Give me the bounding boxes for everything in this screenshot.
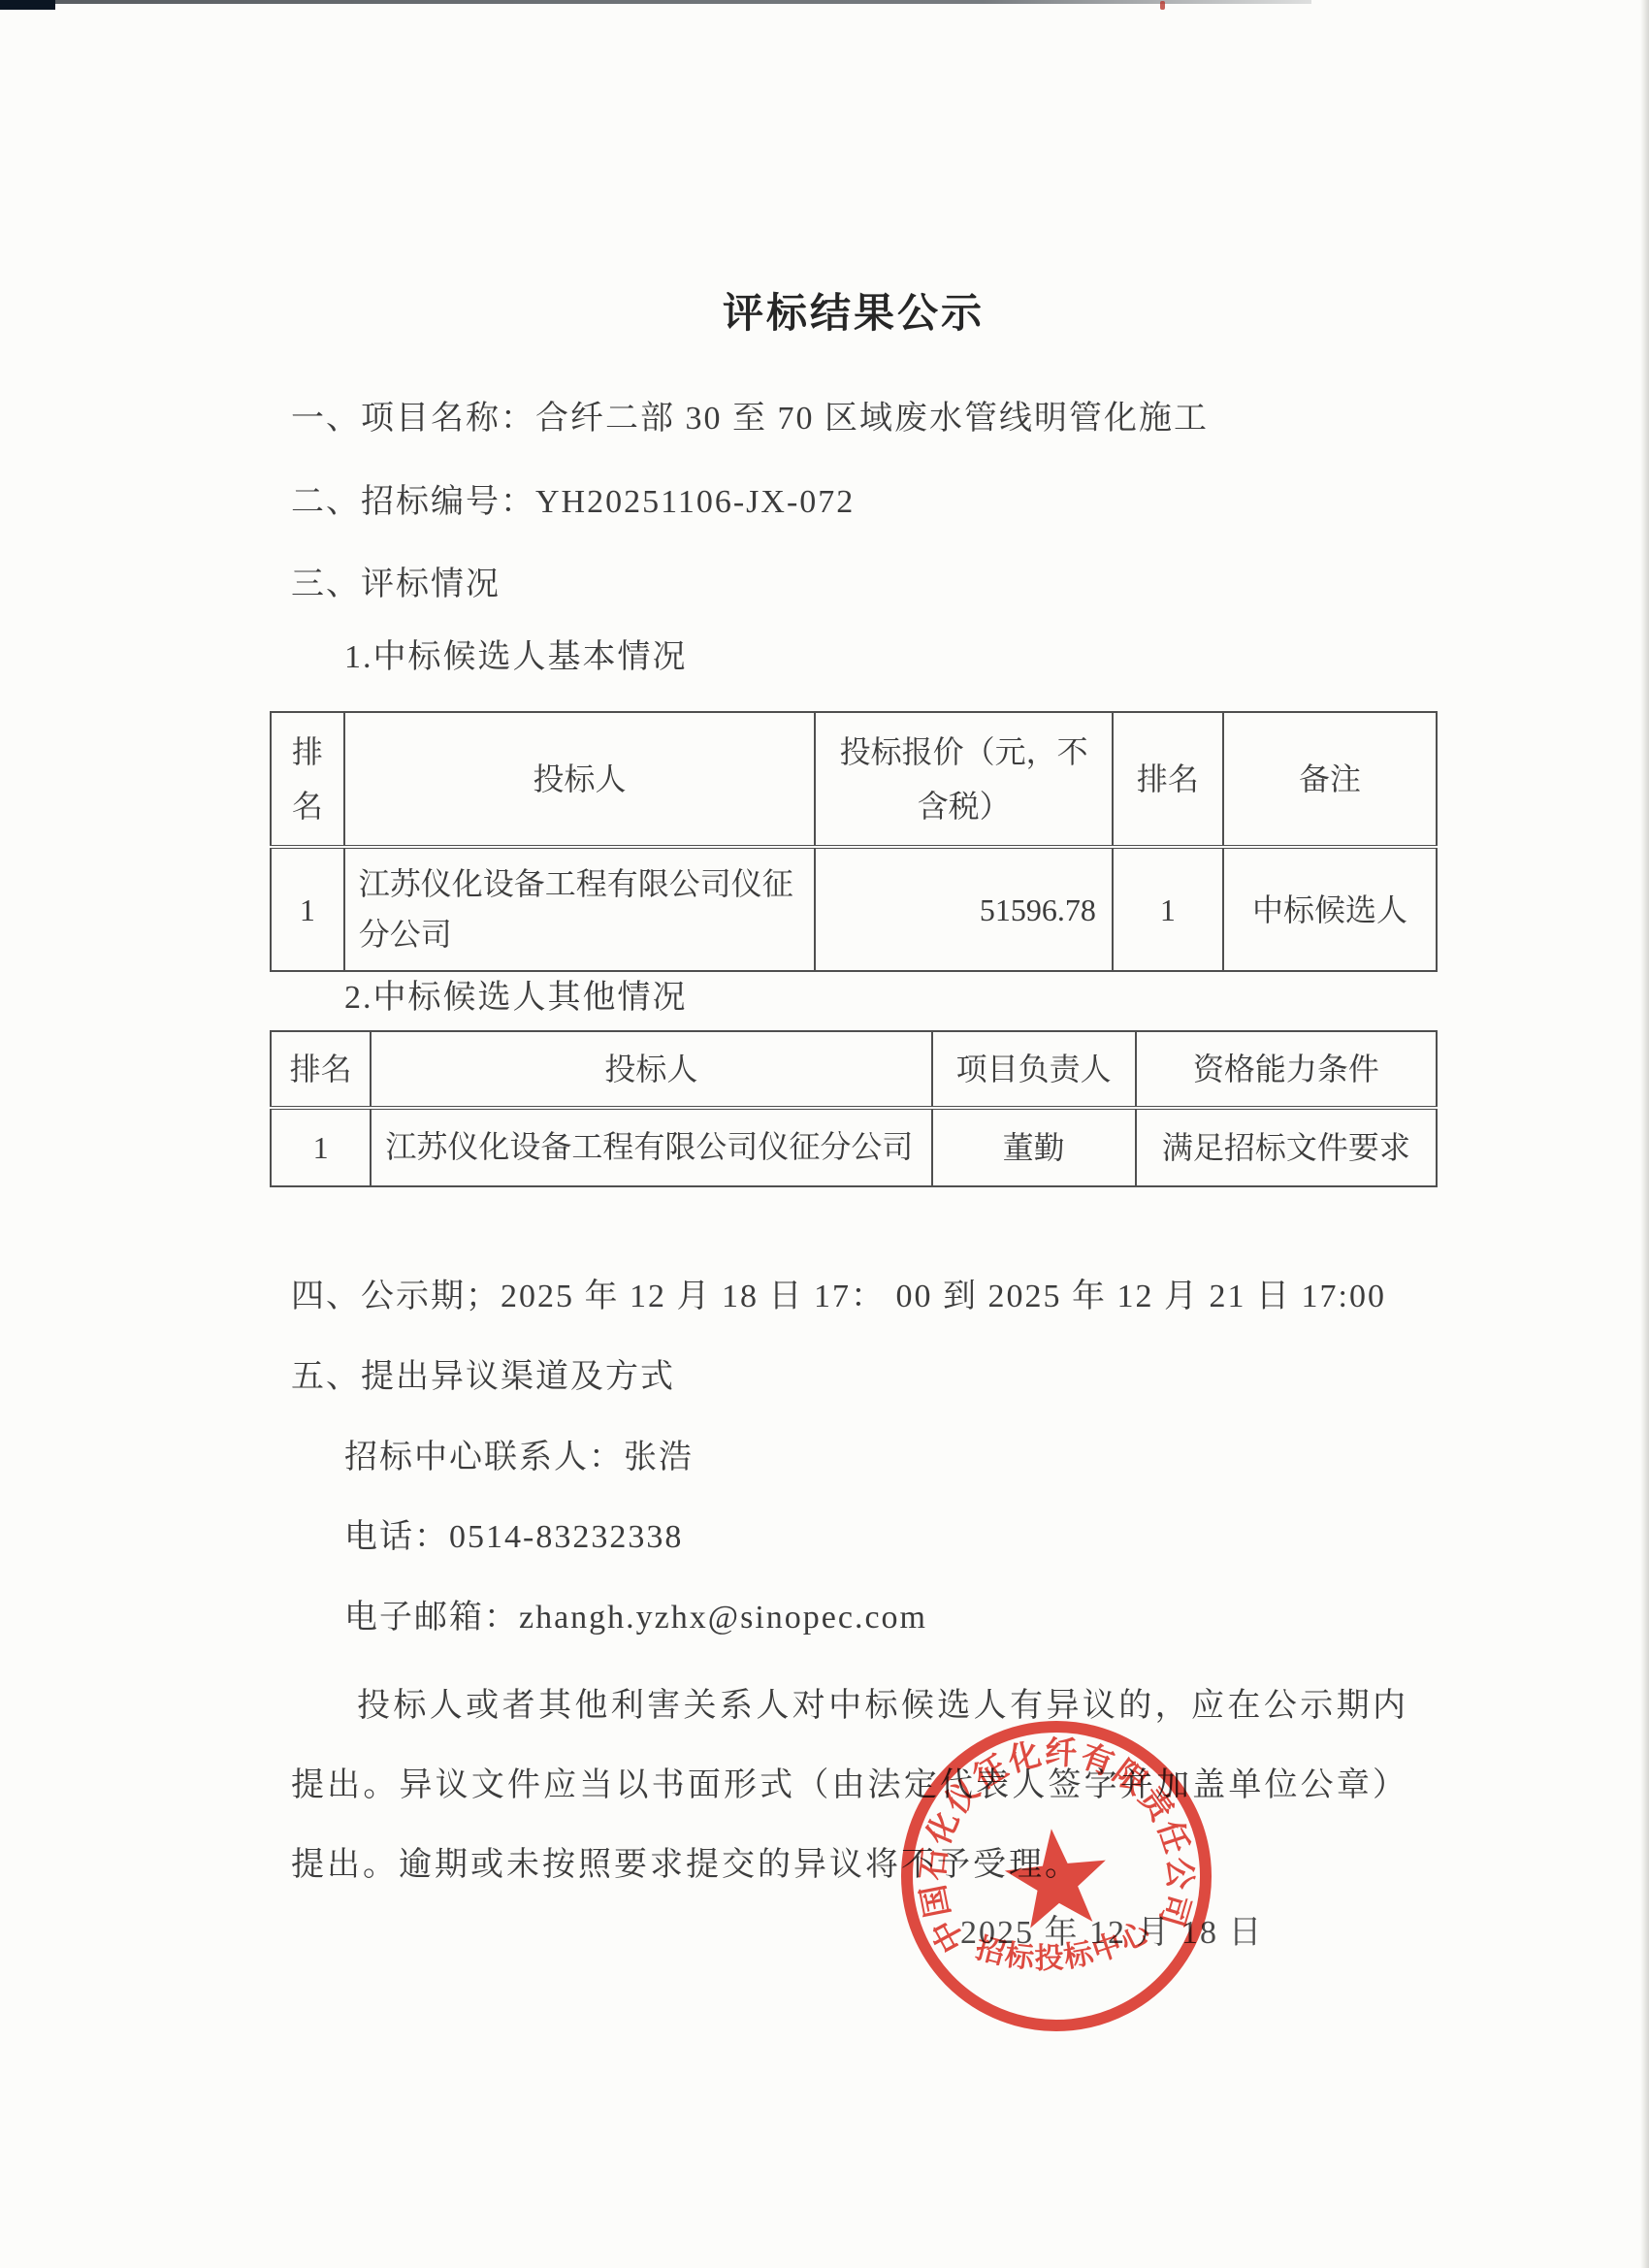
- tender-number-line: 二、招标编号：YH20251106-JX-072: [291, 474, 855, 522]
- cell-project-manager: 董勤: [932, 1108, 1136, 1186]
- table-row: 1 江苏仪化设备工程有限公司仪征分公司 董勤 满足招标文件要求: [271, 1108, 1437, 1186]
- cell-qualification: 满足招标文件要求: [1136, 1108, 1437, 1186]
- table-row: 1 江苏仪化设备工程有限公司仪征分公司 51596.78 1 中标候选人: [271, 847, 1437, 971]
- winning-candidate-basic-table: 排名 投标人 投标报价（元，不含税） 排名 备注 1 江苏仪化设备工程有限公司仪…: [270, 711, 1438, 972]
- company-seal-stamp: 中国石化仪征化纤有限责任公司 招标投标中心: [864, 1684, 1248, 2068]
- header-remark: 备注: [1223, 712, 1437, 847]
- objection-channel-heading: 五、提出异议渠道及方式: [291, 1349, 675, 1397]
- table-header-row: 排名 投标人 投标报价（元，不含税） 排名 备注: [271, 712, 1437, 847]
- header-qualification: 资格能力条件: [1136, 1031, 1437, 1108]
- scan-artifact-corner-block: [0, 0, 55, 10]
- evaluation-heading: 三、评标情况: [291, 557, 501, 604]
- contact-email-line: 电子邮箱：zhangh.yzhx@sinopec.com: [344, 1590, 927, 1637]
- header-bidder: 投标人: [344, 712, 816, 847]
- header-rank: 排名: [271, 712, 344, 847]
- publicity-period-line: 四、公示期；2025 年 12 月 18 日 17： 00 到 2025 年 1…: [291, 1269, 1386, 1316]
- winning-candidate-other-table: 排名 投标人 项目负责人 资格能力条件 1 江苏仪化设备工程有限公司仪征分公司 …: [270, 1030, 1438, 1187]
- header-bidder: 投标人: [371, 1031, 931, 1108]
- contact-person-line: 招标中心联系人：张浩: [344, 1430, 694, 1477]
- table-header-row: 排名 投标人 项目负责人 资格能力条件: [271, 1031, 1437, 1108]
- project-name-line: 一、项目名称：合纤二部 30 至 70 区域废水管线明管化施工: [291, 391, 1209, 438]
- star-icon: [1001, 1824, 1112, 1930]
- header-rank-2: 排名: [1113, 712, 1223, 847]
- cell-rank: 1: [271, 1108, 371, 1186]
- header-project-manager: 项目负责人: [932, 1031, 1136, 1108]
- cell-remark: 中标候选人: [1223, 847, 1437, 971]
- objection-instructions-paragraph: 投标人或者其他利害关系人对中标候选人有异议的，应在公示期内提出。异议文件应当以书…: [291, 1667, 1408, 1905]
- cell-bidder: 江苏仪化设备工程有限公司仪征分公司: [371, 1108, 931, 1186]
- header-rank: 排名: [271, 1031, 371, 1108]
- cell-rank: 1: [271, 847, 344, 971]
- cell-bid-price: 51596.78: [815, 847, 1113, 971]
- subheading-other-info: 2.中标候选人其他情况: [344, 970, 688, 1018]
- document-content: 评标结果公示 一、项目名称：合纤二部 30 至 70 区域废水管线明管化施工 二…: [270, 0, 1438, 2268]
- seal-center-text: 招标投标中心: [969, 1914, 1159, 1984]
- subheading-basic-info: 1.中标候选人基本情况: [344, 630, 688, 677]
- header-bid-price: 投标报价（元，不含税）: [815, 712, 1113, 847]
- svg-text:招标投标中心: 招标投标中心: [969, 1914, 1159, 1984]
- contact-phone-line: 电话：0514-83232338: [344, 1509, 683, 1557]
- page-title: 评标结果公示: [270, 281, 1438, 340]
- cell-rank-2: 1: [1113, 847, 1223, 971]
- scan-artifact-right-edge: [1640, 0, 1649, 2268]
- scanned-document-page: 评标结果公示 一、项目名称：合纤二部 30 至 70 区域废水管线明管化施工 二…: [0, 0, 1649, 2268]
- cell-bidder: 江苏仪化设备工程有限公司仪征分公司: [344, 847, 816, 971]
